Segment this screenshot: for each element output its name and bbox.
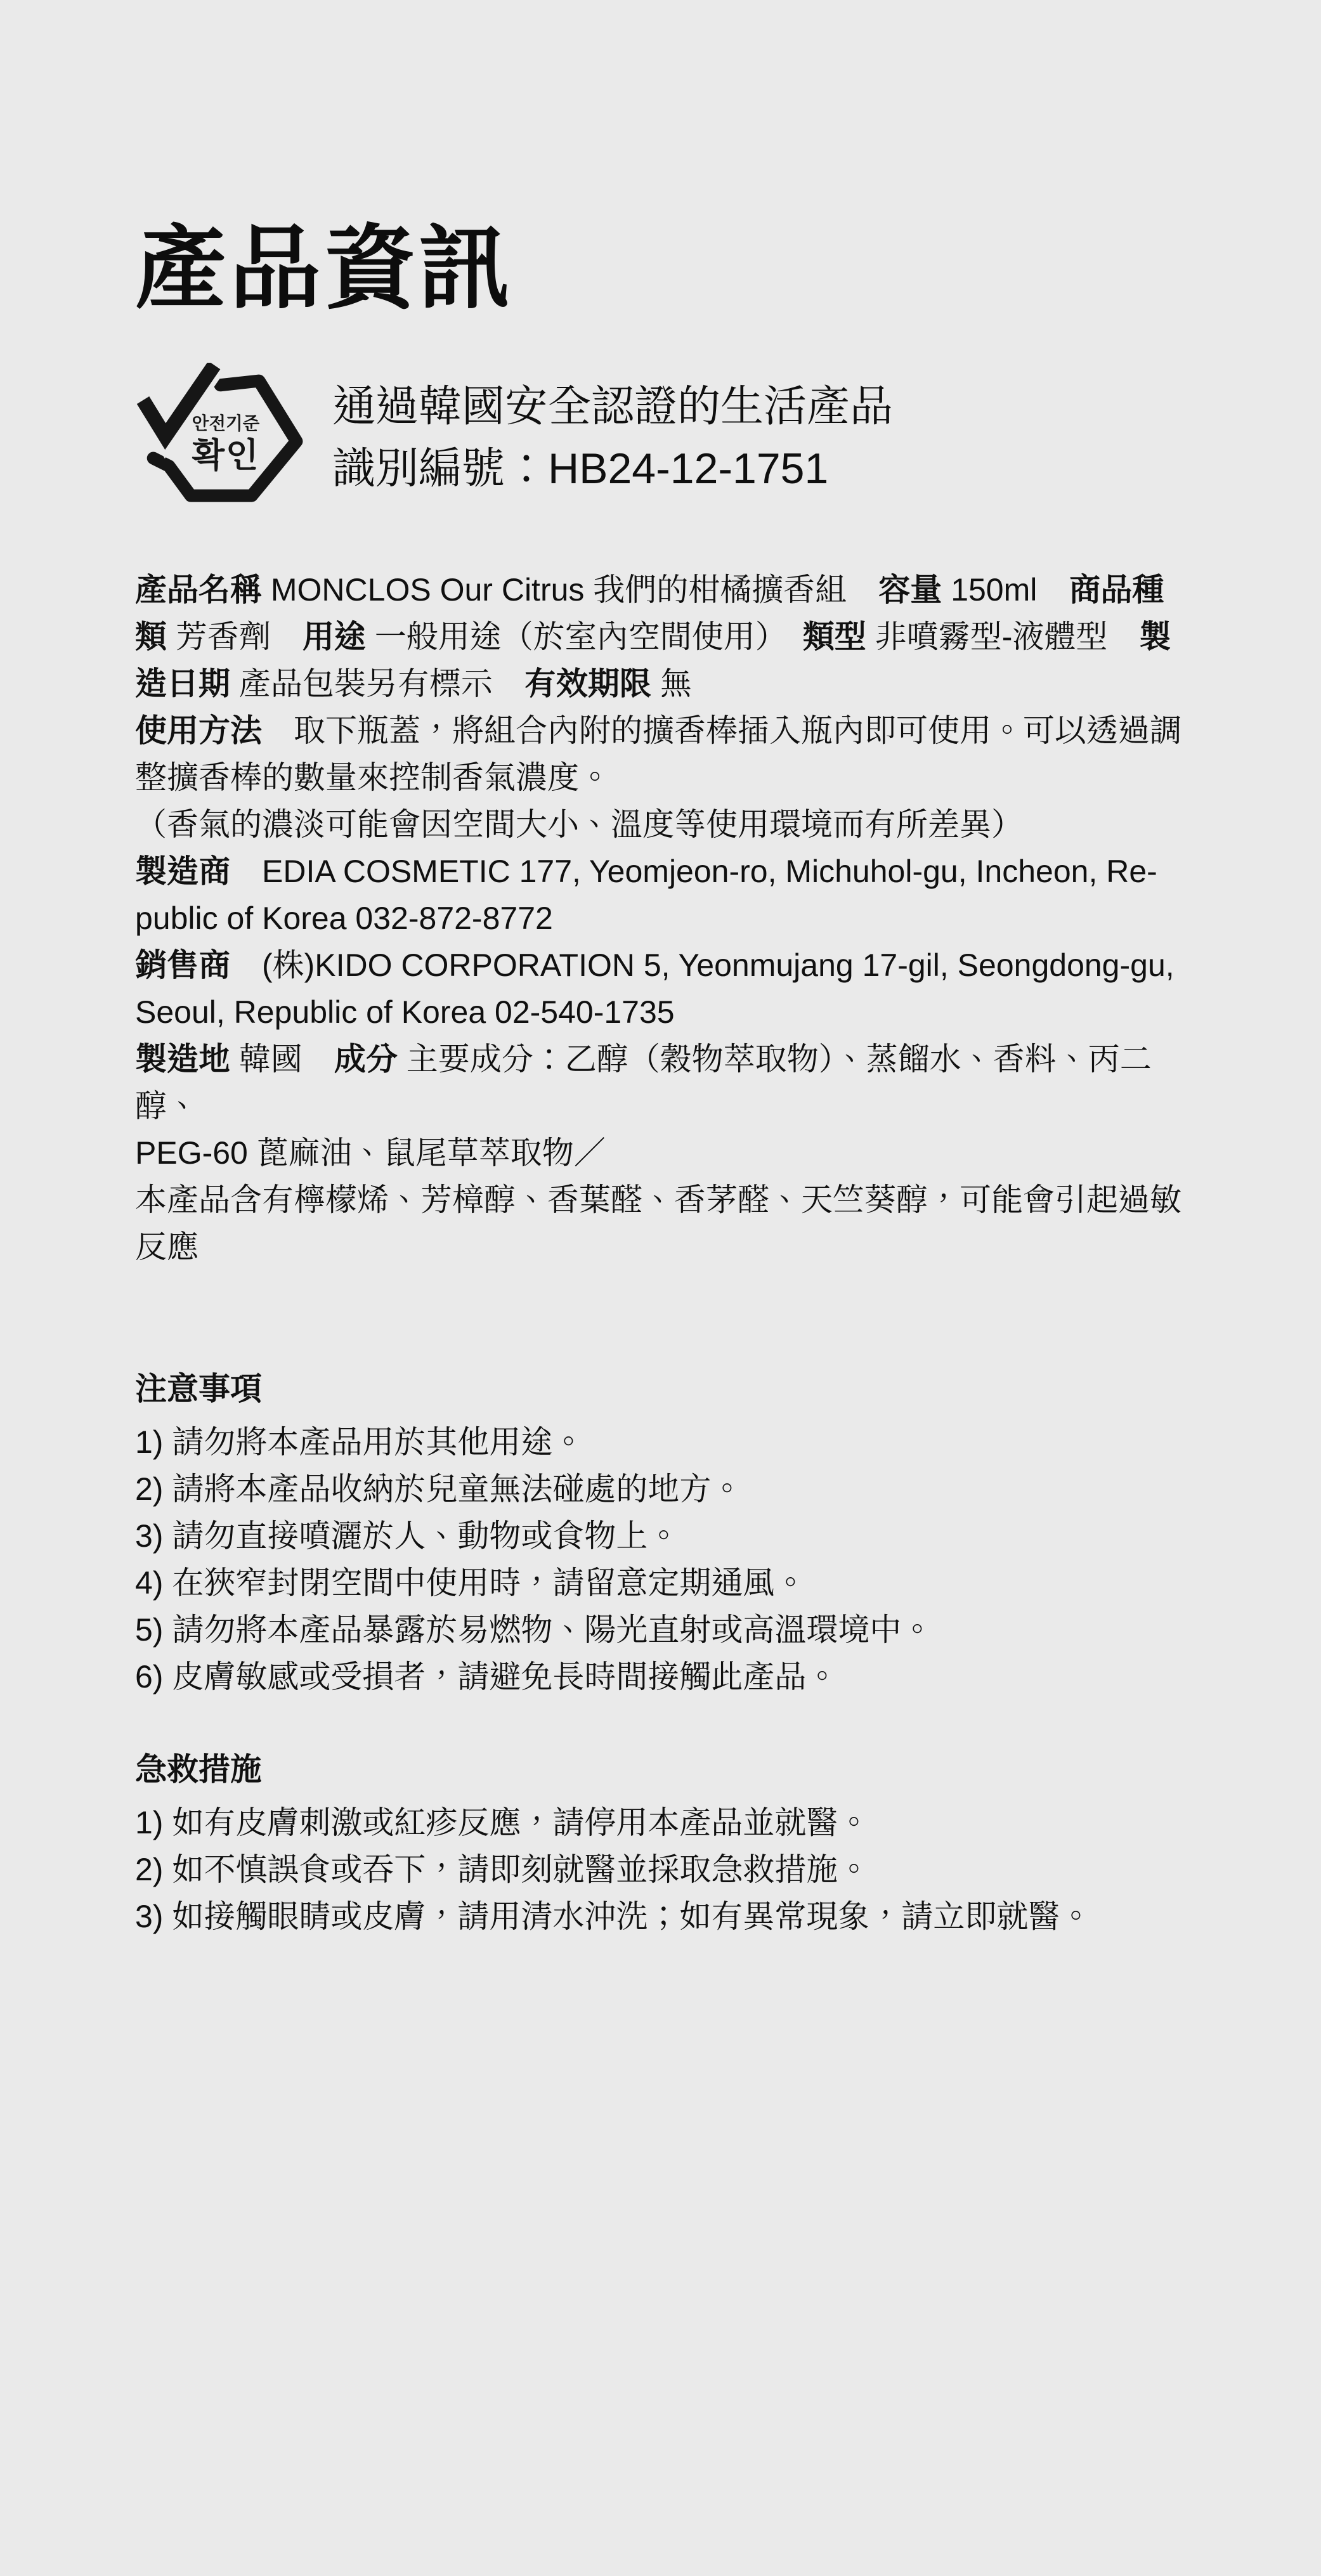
list-item: 2) 請將本產品收納於兒童無法碰處的地方。 [135,1466,1195,1512]
page-title: 產品資訊 [135,223,1195,315]
page: { "page": { "title": "產品資訊", "background… [0,0,1321,2576]
mark-label-bottom: 확인 [192,437,260,474]
field-text: 韓國 [230,1041,303,1077]
list-item: 3) 如接觸眼睛或皮膚，請用清水沖洗；如有異常現象，請立即就醫。 [135,1893,1195,1940]
field-label: 製造地 [135,1041,230,1077]
text-line: Seoul, Republic of Korea 02-540-1735 [135,989,1195,1036]
field-label: 容量 [878,572,942,608]
field-label: 製 [1139,619,1171,654]
field-text: Seoul, Republic of Korea 02-540-1735 [135,994,675,1030]
field-text: 產品包裝另有標示 [230,666,493,701]
text-line: 類 芳香劑 用途 一般用途（於室內空間使用） 類型 非噴霧型-液體型 製 [135,613,1195,660]
field-text: 無 [651,666,692,701]
field-label: 成分 [334,1041,398,1077]
text-line: public of Korea 032-872-8772 [135,895,1195,942]
list-item: 1) 請勿將本產品用於其他用途。 [135,1419,1195,1466]
text-line: 本產品含有檸檬烯、芳樟醇、香葉醛、香茅醛、天竺葵醇，可能會引起過敏 [135,1176,1195,1223]
field-text: MONCLOS Our Citrus 我們的柑橘擴香組 [262,572,847,608]
field-text: （香氣的濃淡可能會因空間大小、溫度等使用環境而有所差異） [135,807,1023,842]
product-info-block: 產品名稱 MONCLOS Our Citrus 我們的柑橘擴香組 容量 150m… [135,566,1195,1270]
list-item: 1) 如有皮膚刺激或紅疹反應，請停用本產品並就醫。 [135,1799,1195,1846]
precautions-list: 1) 請勿將本產品用於其他用途。2) 請將本產品收納於兒童無法碰處的地方。3) … [135,1419,1195,1700]
precautions-section: 注意事項 1) 請勿將本產品用於其他用途。2) 請將本產品收納於兒童無法碰處的地… [135,1365,1195,1700]
field-text: 取下瓶蓋，將組合內附的擴香棒插入瓶內即可使用。可以透過調 [262,713,1181,748]
field-text: EDIA COSMETIC 177, Yeomjeon-ro, Michuhol… [230,854,1157,889]
field-text: 本產品含有檸檬烯、芳樟醇、香葉醛、香茅醛、天竺葵醇，可能會引起過敏 [135,1182,1181,1218]
field-label: 商品種 [1069,572,1164,608]
field-text: 一般用途（於室內空間使用） [366,619,771,654]
field-text: public of Korea 032-872-8772 [135,901,553,936]
field-text: PEG-60 蓖麻油、鼠尾草萃取物／ [135,1135,606,1171]
field-text: 150ml [942,572,1037,608]
list-item: 3) 請勿直接噴灑於人、動物或食物上。 [135,1512,1195,1559]
product-info-page: 產品資訊 안전기준 확인 通過韓國安全認證的生活產品 識別編號：HB24-12-… [0,0,1321,1940]
field-text [1037,572,1069,608]
text-line: 製造商 EDIA COSMETIC 177, Yeomjeon-ro, Mich… [135,848,1195,895]
text-line: 銷售商 (株)KIDO CORPORATION 5, Yeonmujang 17… [135,942,1195,989]
precautions-heading: 注意事項 [135,1365,1195,1412]
safety-certification-mark-icon: 안전기준 확인 [135,363,304,503]
field-label: 產品名稱 [135,572,262,608]
field-text: 芳香劑 [167,619,271,654]
certification-statement: 通過韓國安全認證的生活產品 [332,375,893,438]
text-line: 造日期 產品包裝另有標示 有效期限 無 [135,660,1195,707]
field-text: 反應 [135,1229,198,1265]
certification-id-number: 識別編號：HB24-12-1751 [332,438,893,500]
field-text [303,1041,334,1077]
list-item: 6) 皮膚敏感或受損者，請避免長時間接觸此產品。 [135,1653,1195,1700]
field-text [771,619,803,654]
text-line: 整擴香棒的數量來控制香氣濃度。 [135,754,1195,801]
list-item: 5) 請勿將本產品暴露於易燃物、陽光直射或高溫環境中。 [135,1606,1195,1653]
field-label: 有效期限 [524,666,651,701]
certification-text: 通過韓國安全認證的生活產品 識別編號：HB24-12-1751 [332,375,893,500]
field-text: 非噴霧型-液體型 [866,619,1108,654]
field-label: 使用方法 [135,713,262,748]
field-text [847,572,878,608]
list-item: 4) 在狹窄封閉空間中使用時，請留意定期通風。 [135,1559,1195,1606]
text-line: 反應 [135,1223,1195,1270]
mark-label-top: 안전기준 [192,413,260,433]
first-aid-section: 急救措施 1) 如有皮膚刺激或紅疹反應，請停用本產品並就醫。2) 如不慎誤食或吞… [135,1746,1195,1940]
list-item: 2) 如不慎誤食或吞下，請即刻就醫並採取急救措施。 [135,1846,1195,1893]
field-label: 製造商 [135,854,230,889]
text-line: 製造地 韓國 成分 主要成分：乙醇（穀物萃取物）、蒸餾水、香料、丙二醇、 [135,1036,1195,1129]
field-text: 整擴香棒的數量來控制香氣濃度。 [135,760,611,795]
text-line: 產品名稱 MONCLOS Our Citrus 我們的柑橘擴香組 容量 150m… [135,566,1195,613]
field-text [1107,619,1139,654]
field-label: 銷售商 [135,947,230,983]
field-text [271,619,303,654]
field-label: 用途 [303,619,366,654]
field-text: (株)KIDO CORPORATION 5, Yeonmujang 17-gil… [230,947,1175,983]
first-aid-list: 1) 如有皮膚刺激或紅疹反應，請停用本產品並就醫。2) 如不慎誤食或吞下，請即刻… [135,1799,1195,1940]
first-aid-heading: 急救措施 [135,1746,1195,1793]
certification-row: 안전기준 확인 通過韓國安全認證的生活產品 識別編號：HB24-12-1751 [135,363,1195,503]
text-line: （香氣的濃淡可能會因空間大小、溫度等使用環境而有所差異） [135,801,1195,848]
text-line: 使用方法 取下瓶蓋，將組合內附的擴香棒插入瓶內即可使用。可以透過調 [135,707,1195,754]
field-text [493,666,524,701]
field-label: 類型 [803,619,866,654]
field-label: 造日期 [135,666,230,701]
field-label: 類 [135,619,167,654]
text-line: PEG-60 蓖麻油、鼠尾草萃取物／ [135,1129,1195,1176]
